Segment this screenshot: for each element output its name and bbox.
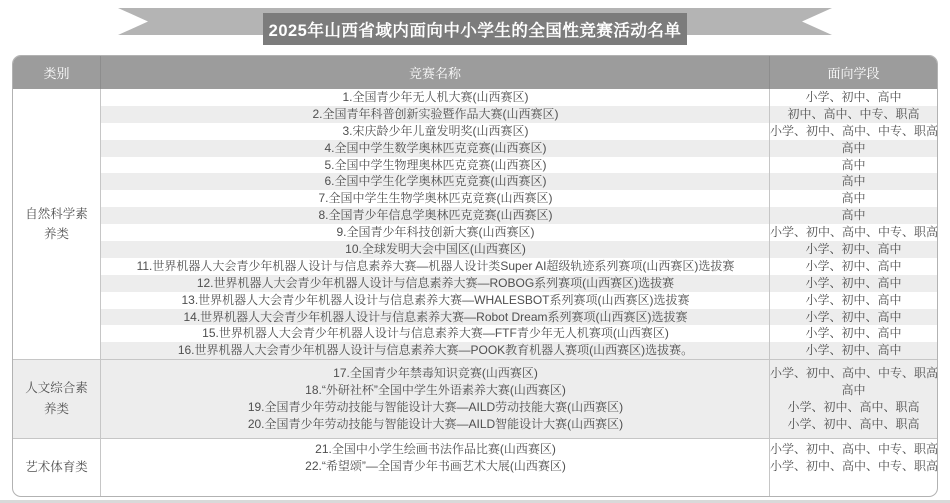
competition-name: 6.全国中学生化学奥林匹克竞赛(山西赛区) xyxy=(101,173,770,190)
competition-name: 14.世界机器人大会青少年机器人设计与信息素养大赛—Robot Dream系列赛… xyxy=(101,309,770,326)
competition-name: 22.“希望颂”—全国青少年书画艺术大展(山西赛区) xyxy=(101,458,770,475)
competition-name: 21.全国中小学生绘画书法作品比赛(山西赛区) xyxy=(101,441,770,458)
header-competition-name: 竞赛名称 xyxy=(101,56,770,89)
table-row: 8.全国青少年信息学奥林匹克竞赛(山西赛区)高中 xyxy=(101,207,937,224)
table-row: 6.全国中学生化学奥林匹克竞赛(山西赛区)高中 xyxy=(101,173,937,190)
table-row: 7.全国中学生生物学奥林匹克竞赛(山西赛区)高中 xyxy=(101,190,937,207)
table-row: 22.“希望颂”—全国青少年书画艺术大展(山西赛区)小学、初中、高中、中专、职高 xyxy=(101,458,937,475)
target-stages: 小学、初中、高中、中专、职高 xyxy=(770,458,937,475)
competition-name: 1.全国青少年无人机大赛(山西赛区) xyxy=(101,89,770,106)
target-stages: 小学、初中、高中 xyxy=(770,342,937,359)
competition-name: 15.世界机器人大会青少年机器人设计与信息素养大赛—FTF青少年无人机赛项(山西… xyxy=(101,325,770,342)
table-row: 15.世界机器人大会青少年机器人设计与信息素养大赛—FTF青少年无人机赛项(山西… xyxy=(101,325,937,342)
table-row: 13.世界机器人大会青少年机器人设计与信息素养大赛—WHALESBOT系列赛项(… xyxy=(101,292,937,309)
competition-name: 19.全国青少年劳动技能与智能设计大赛—AILD劳动技能大赛(山西赛区) xyxy=(101,399,770,416)
competition-name: 5.全国中学生物理奥林匹克竞赛(山西赛区) xyxy=(101,157,770,174)
competition-name: 12.世界机器人大会青少年机器人设计与信息素养大赛—ROBOG系列赛项(山西赛区… xyxy=(101,275,770,292)
section-rows: 1.全国青少年无人机大赛(山西赛区)小学、初中、高中2.全国青年科普创新实验暨作… xyxy=(101,89,937,359)
competition-name: 11.世界机器人大会青少年机器人设计与信息素养大赛—机器人设计类Super AI… xyxy=(101,258,770,275)
target-stages: 小学、初中、高中 xyxy=(770,325,937,342)
target-stages: 小学、初中、高中 xyxy=(770,292,937,309)
table-row: 10.全球发明大会中国区(山西赛区)小学、初中、高中 xyxy=(101,241,937,258)
table-row: 16.世界机器人大会青少年机器人设计与信息素养大赛—POOK教育机器人赛项(山西… xyxy=(101,342,937,359)
section-rows: 17.全国青少年禁毒知识竞赛(山西赛区)小学、初中、高中、中专、职高18.“外研… xyxy=(101,360,937,438)
target-stages: 小学、初中、高中、中专、职高 xyxy=(770,365,937,382)
table-row: 4.全国中学生数学奥林匹克竞赛(山西赛区)高中 xyxy=(101,140,937,157)
table-row: 20.全国青少年劳动技能与智能设计大赛—AILD智能设计大赛(山西赛区)小学、初… xyxy=(101,416,937,433)
table-row: 14.世界机器人大会青少年机器人设计与信息素养大赛—Robot Dream系列赛… xyxy=(101,309,937,326)
competition-name: 7.全国中学生生物学奥林匹克竞赛(山西赛区) xyxy=(101,190,770,207)
competition-name: 8.全国青少年信息学奥林匹克竞赛(山西赛区) xyxy=(101,207,770,224)
table-row: 5.全国中学生物理奥林匹克竞赛(山西赛区)高中 xyxy=(101,157,937,174)
competition-name: 20.全国青少年劳动技能与智能设计大赛—AILD智能设计大赛(山西赛区) xyxy=(101,416,770,433)
header-category: 类别 xyxy=(13,56,101,89)
competition-name: 16.世界机器人大会青少年机器人设计与信息素养大赛—POOK教育机器人赛项(山西… xyxy=(101,342,770,359)
target-stages: 小学、初中、高中 xyxy=(770,258,937,275)
competition-name: 17.全国青少年禁毒知识竞赛(山西赛区) xyxy=(101,365,770,382)
target-stages: 小学、初中、高中 xyxy=(770,89,937,106)
category-cell: 人文综合素养类 xyxy=(13,360,101,438)
target-stages: 小学、初中、高中、职高 xyxy=(770,416,937,433)
target-stages: 小学、初中、高中、中专、职高 xyxy=(770,123,937,140)
table-row: 18.“外研社杯”全国中学生外语素养大赛(山西赛区)高中 xyxy=(101,382,937,399)
table-row: 9.全国青少年科技创新大赛(山西赛区)小学、初中、高中、中专、职高 xyxy=(101,224,937,241)
competition-name: 18.“外研社杯”全国中学生外语素养大赛(山西赛区) xyxy=(101,382,770,399)
target-stages: 高中 xyxy=(770,207,937,224)
target-stages: 小学、初中、高中 xyxy=(770,309,937,326)
target-stages: 小学、初中、高中 xyxy=(770,241,937,258)
header-target-stage: 面向学段 xyxy=(770,56,937,89)
title-banner: 2025年山西省域内面向中小学生的全国性竞赛活动名单 xyxy=(0,0,950,52)
table-row: 2.全国青年科普创新实验暨作品大赛(山西赛区)初中、高中、中专、职高 xyxy=(101,106,937,123)
target-stages: 初中、高中、中专、职高 xyxy=(770,106,937,123)
section-rows: 21.全国中小学生绘画书法作品比赛(山西赛区)小学、初中、高中、中专、职高22.… xyxy=(101,439,937,497)
target-stages: 高中 xyxy=(770,157,937,174)
target-stages: 高中 xyxy=(770,140,937,157)
target-stages: 高中 xyxy=(770,190,937,207)
table-row: 17.全国青少年禁毒知识竞赛(山西赛区)小学、初中、高中、中专、职高 xyxy=(101,365,937,382)
table-section: 艺术体育类21.全国中小学生绘画书法作品比赛(山西赛区)小学、初中、高中、中专、… xyxy=(13,438,937,497)
table-row: 12.世界机器人大会青少年机器人设计与信息素养大赛—ROBOG系列赛项(山西赛区… xyxy=(101,275,937,292)
target-stages: 高中 xyxy=(770,382,937,399)
target-stages: 高中 xyxy=(770,173,937,190)
target-stages: 小学、初中、高中、中专、职高 xyxy=(770,224,937,241)
table-header-row: 类别 竞赛名称 面向学段 xyxy=(13,56,937,89)
table-row: 19.全国青少年劳动技能与智能设计大赛—AILD劳动技能大赛(山西赛区)小学、初… xyxy=(101,399,937,416)
table-row: 11.世界机器人大会青少年机器人设计与信息素养大赛—机器人设计类Super AI… xyxy=(101,258,937,275)
target-stages: 小学、初中、高中、职高 xyxy=(770,399,937,416)
table-section: 人文综合素养类17.全国青少年禁毒知识竞赛(山西赛区)小学、初中、高中、中专、职… xyxy=(13,359,937,438)
page: 2025年山西省域内面向中小学生的全国性竞赛活动名单 类别 竞赛名称 面向学段 … xyxy=(0,0,950,503)
table-row: 3.宋庆龄少年儿童发明奖(山西赛区)小学、初中、高中、中专、职高 xyxy=(101,123,937,140)
table-section: 自然科学素养类1.全国青少年无人机大赛(山西赛区)小学、初中、高中2.全国青年科… xyxy=(13,89,937,359)
category-cell: 艺术体育类 xyxy=(13,439,101,497)
target-stages: 小学、初中、高中 xyxy=(770,275,937,292)
competition-name: 10.全球发明大会中国区(山西赛区) xyxy=(101,241,770,258)
competition-name: 3.宋庆龄少年儿童发明奖(山西赛区) xyxy=(101,123,770,140)
table-row: 21.全国中小学生绘画书法作品比赛(山西赛区)小学、初中、高中、中专、职高 xyxy=(101,441,937,458)
table-row: 1.全国青少年无人机大赛(山西赛区)小学、初中、高中 xyxy=(101,89,937,106)
category-cell: 自然科学素养类 xyxy=(13,89,101,359)
competition-name: 9.全国青少年科技创新大赛(山西赛区) xyxy=(101,224,770,241)
competition-name: 13.世界机器人大会青少年机器人设计与信息素养大赛—WHALESBOT系列赛项(… xyxy=(101,292,770,309)
competition-name: 2.全国青年科普创新实验暨作品大赛(山西赛区) xyxy=(101,106,770,123)
page-title: 2025年山西省域内面向中小学生的全国性竞赛活动名单 xyxy=(263,13,687,45)
table-body: 自然科学素养类1.全国青少年无人机大赛(山西赛区)小学、初中、高中2.全国青年科… xyxy=(13,89,937,497)
competition-name: 4.全国中学生数学奥林匹克竞赛(山西赛区) xyxy=(101,140,770,157)
competitions-table: 类别 竞赛名称 面向学段 自然科学素养类1.全国青少年无人机大赛(山西赛区)小学… xyxy=(12,55,938,497)
target-stages: 小学、初中、高中、中专、职高 xyxy=(770,441,937,458)
